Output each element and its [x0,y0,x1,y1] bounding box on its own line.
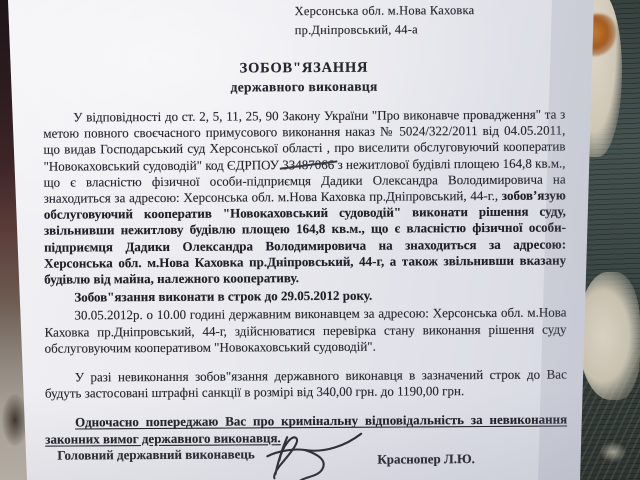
para-deadline: Зобов"язання виконати в строк до 29.05.2… [44,287,566,306]
header-address: Херсонська обл. м.Нова Каховка пр.Дніпро… [295,1,475,40]
handwritten-signature [249,424,375,480]
paint-fleck [600,442,626,462]
document-content: Херсонська обл. м.Нова Каховка пр.Дніпро… [0,0,640,480]
document-body: У відповідності до ст. 2, 5, 11, 25, 90 … [43,106,567,449]
para-penalty: У разі невиконання зобов"язання державно… [45,367,567,403]
title-main: ЗОБОВ"ЯЗАННЯ [39,58,569,78]
document-title: ЗОБОВ"ЯЗАННЯ державного виконавця [39,58,569,96]
signer-name: Краснопер Л.Ю. [377,451,475,468]
para-inspection: 30.05.2012р. о 10.00 годині державним ви… [44,305,566,357]
signer-position-label: Головний державний виконавець [57,446,254,463]
header-address-line2: пр.Дніпровський, 44-а [295,20,475,40]
title-subtitle: державного виконавця [39,77,569,96]
photo-of-document: Херсонська обл. м.Нова Каховка пр.Дніпро… [0,0,640,480]
para-legal-basis: У відповідності до ст. 2, 5, 11, 25, 90 … [43,106,566,287]
peeling-paint-patch-middle [578,272,640,400]
signature-row: Головний державний виконавець Краснопер … [1,438,601,480]
header-address-line1: Херсонська обл. м.Нова Каховка [295,1,475,21]
paper-sheet: Херсонська обл. м.Нова Каховка пр.Дніпро… [0,0,640,480]
